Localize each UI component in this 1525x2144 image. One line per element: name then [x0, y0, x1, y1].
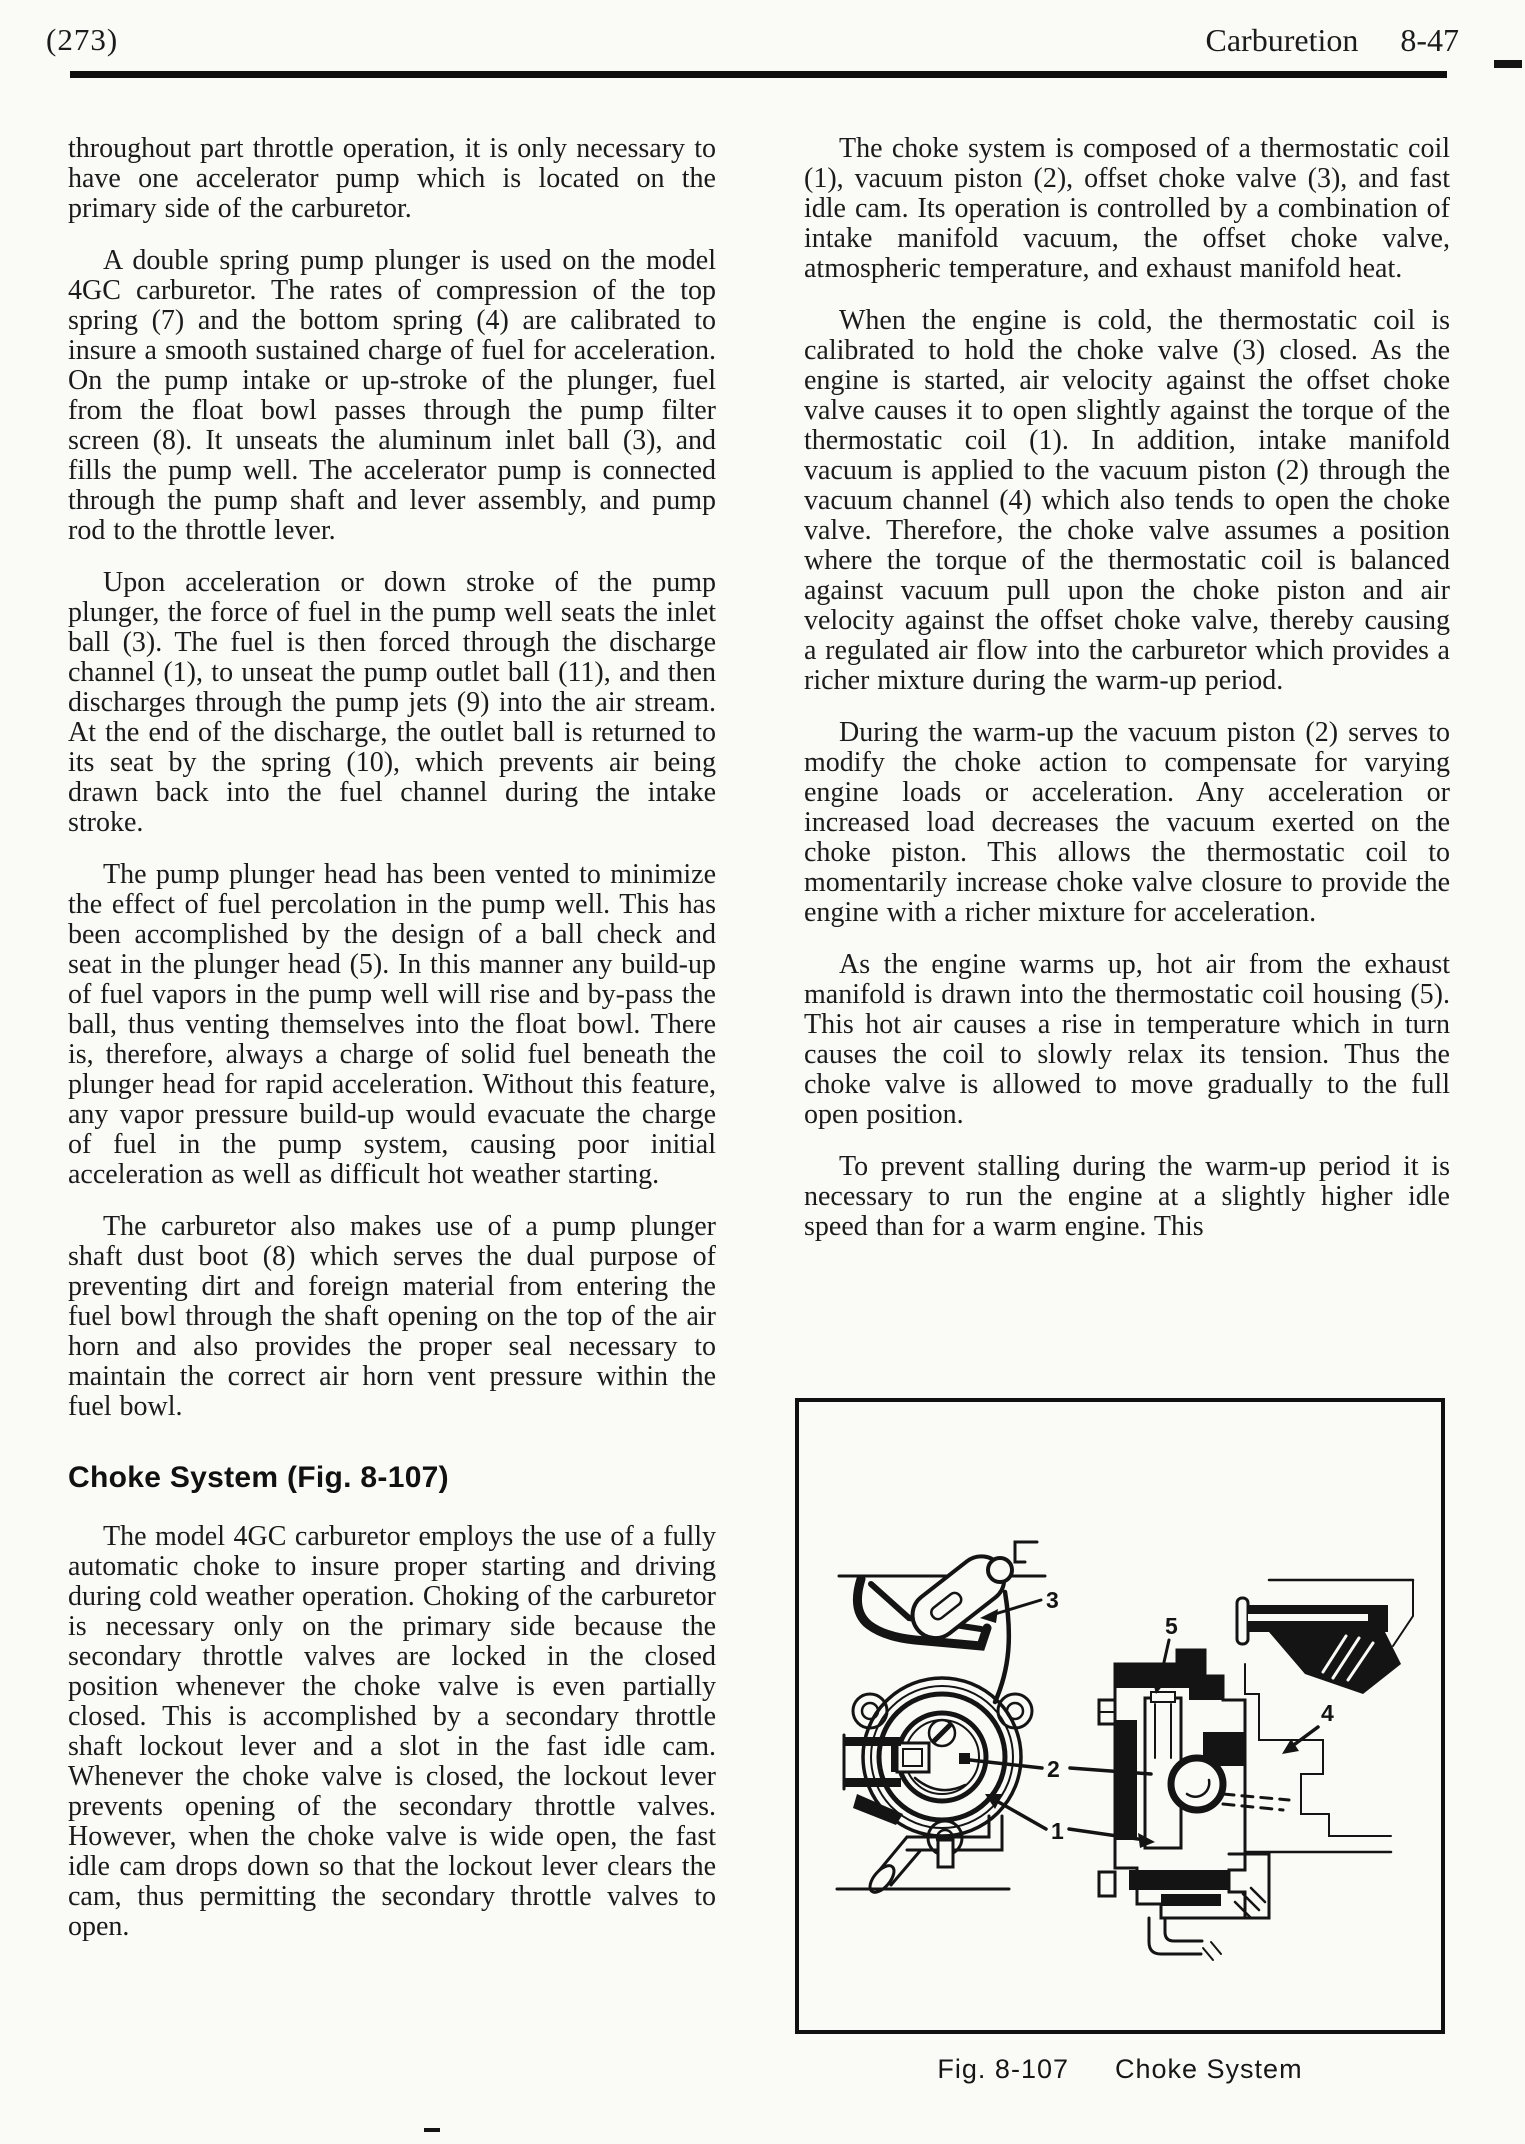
running-header: Carburetion 8-47 [1206, 22, 1460, 59]
paragraph: throughout part throttle operation, it i… [68, 134, 716, 224]
right-column: The choke system is composed of a thermo… [804, 134, 1450, 1242]
air-horn-cross-section [1237, 1580, 1413, 1694]
callout-1-label: 1 [1051, 1818, 1064, 1844]
paragraph: The pump plunger head has been vented to… [68, 860, 716, 1190]
paragraph: Upon acceleration or down stroke of the … [68, 568, 716, 838]
manual-page: (273) Carburetion 8-47 throughout part t… [0, 0, 1525, 2144]
running-header-page: 8-47 [1400, 22, 1459, 59]
paragraph: The model 4GC carburetor employs the use… [68, 1522, 716, 1942]
section-heading: Choke System (Fig. 8-107) [68, 1462, 716, 1494]
paragraph: During the warm-up the vacuum piston (2)… [804, 718, 1450, 928]
paragraph: A double spring pump plunger is used on … [68, 246, 716, 546]
page-number: (273) [46, 22, 118, 58]
callout-5-label: 5 [1165, 1613, 1178, 1639]
paragraph: The choke system is composed of a thermo… [804, 134, 1450, 284]
paragraph: When the engine is cold, the thermostati… [804, 306, 1450, 696]
running-header-section: Carburetion [1206, 22, 1359, 59]
scan-artifact-bottom [424, 2128, 440, 2132]
paragraph: The carburetor also makes use of a pump … [68, 1212, 716, 1422]
callout-4-label: 4 [1321, 1700, 1334, 1726]
figure-caption-title: Choke System [1115, 2054, 1303, 2085]
paragraph: As the engine warms up, hot air from the… [804, 950, 1450, 1130]
thermostatic-coil-housing [837, 1678, 1032, 1896]
figure-8-107: 3 5 2 1 [795, 1398, 1445, 2034]
scan-artifact-top [1494, 60, 1522, 68]
choke-system-figure: 3 5 2 1 [799, 1402, 1441, 2030]
paragraph: To prevent stalling during the warm-up p… [804, 1152, 1450, 1242]
callout-4: 4 [1282, 1700, 1334, 1754]
callout-3-label: 3 [1046, 1587, 1059, 1613]
header-rule [70, 71, 1447, 78]
figure-caption: Fig. 8-107 Choke System [795, 2054, 1445, 2085]
figure-caption-number: Fig. 8-107 [937, 2054, 1069, 2085]
left-column: throughout part throttle operation, it i… [68, 134, 716, 1942]
choke-housing-cross-section [1099, 1650, 1391, 1960]
callout-2-label: 2 [1047, 1756, 1060, 1782]
